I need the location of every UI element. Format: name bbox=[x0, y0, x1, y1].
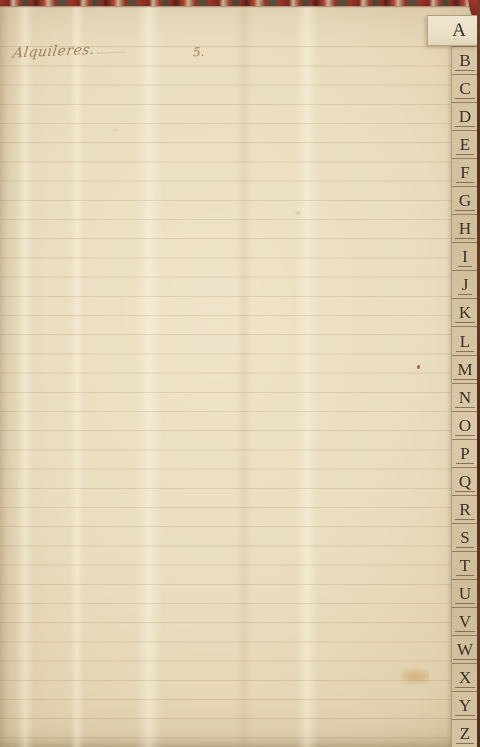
paper-spot bbox=[112, 128, 118, 133]
ink-flourish bbox=[97, 51, 125, 54]
index-tab-letter: M bbox=[453, 361, 476, 380]
page-number: 5. bbox=[193, 45, 205, 59]
index-tab-w[interactable]: W bbox=[452, 635, 478, 663]
index-tab-letter: S bbox=[456, 529, 473, 548]
index-tab-d[interactable]: D bbox=[452, 102, 478, 130]
index-tab-letter: B bbox=[455, 52, 474, 71]
index-tab-b[interactable]: B bbox=[452, 46, 478, 74]
index-tab-a[interactable]: A bbox=[427, 15, 478, 46]
index-tab-l[interactable]: L bbox=[452, 326, 478, 354]
index-tab-letter: V bbox=[455, 613, 475, 632]
index-tab-letter: A bbox=[448, 21, 470, 41]
index-tab-f[interactable]: F bbox=[452, 158, 478, 186]
index-tab-k[interactable]: K bbox=[452, 298, 478, 326]
index-tab-letter: O bbox=[455, 417, 475, 436]
index-tab-m[interactable]: M bbox=[452, 355, 478, 383]
index-tab-letter: F bbox=[456, 164, 473, 183]
index-tab-letter: I bbox=[458, 248, 472, 267]
paper-crease bbox=[16, 0, 34, 747]
index-tab-letter: Z bbox=[456, 725, 474, 744]
index-tab-letter: H bbox=[455, 220, 475, 239]
index-tab-g[interactable]: G bbox=[452, 186, 478, 214]
index-tab-letter: T bbox=[456, 557, 474, 576]
index-tab-v[interactable]: V bbox=[452, 607, 478, 635]
index-tab-h[interactable]: H bbox=[452, 214, 478, 242]
paper-spot bbox=[294, 210, 302, 216]
index-tab-letter: G bbox=[455, 192, 475, 211]
index-tab-letter: C bbox=[455, 80, 474, 99]
index-tab-o[interactable]: O bbox=[452, 411, 478, 439]
index-tab-y[interactable]: Y bbox=[452, 691, 478, 719]
handwritten-title: Alquileres. bbox=[12, 40, 127, 61]
alphabet-index-strip: B C D E F G H I J K L M N O P Q R S T U … bbox=[451, 46, 478, 747]
paper-crease bbox=[70, 0, 84, 747]
index-tab-u[interactable]: U bbox=[452, 579, 478, 607]
index-tab-letter: X bbox=[455, 669, 475, 688]
index-tab-c[interactable]: C bbox=[452, 74, 478, 102]
index-tab-letter: K bbox=[455, 304, 475, 323]
index-tab-z[interactable]: Z bbox=[452, 719, 478, 747]
index-tab-e[interactable]: E bbox=[452, 130, 478, 158]
red-ink-speck bbox=[417, 365, 420, 369]
index-tab-letter: N bbox=[455, 389, 475, 408]
index-tab-p[interactable]: P bbox=[452, 439, 478, 467]
paper-crease bbox=[236, 0, 252, 747]
index-tab-s[interactable]: S bbox=[452, 523, 478, 551]
ledger-index-page: Alquileres. 5. B C D E F G H I J K L M N… bbox=[0, 0, 480, 747]
index-tab-letter: P bbox=[456, 445, 473, 464]
ruled-lines bbox=[0, 28, 452, 747]
index-tab-letter: D bbox=[455, 108, 475, 127]
index-tab-q[interactable]: Q bbox=[452, 467, 478, 495]
index-tab-letter: Q bbox=[455, 473, 475, 492]
handwritten-title-text: Alquileres. bbox=[12, 42, 96, 62]
index-tab-r[interactable]: R bbox=[452, 495, 478, 523]
index-tab-letter: W bbox=[453, 641, 477, 660]
index-tab-letter: L bbox=[456, 333, 474, 352]
index-tab-letter: Y bbox=[455, 697, 475, 716]
paper-stain bbox=[401, 667, 429, 686]
paper-crease bbox=[296, 0, 318, 747]
index-tab-letter: J bbox=[458, 276, 473, 295]
index-tab-j[interactable]: J bbox=[452, 270, 478, 298]
index-tab-letter: E bbox=[456, 136, 474, 155]
index-tab-i[interactable]: I bbox=[452, 242, 478, 270]
index-tab-t[interactable]: T bbox=[452, 551, 478, 579]
paper-crease bbox=[136, 0, 162, 747]
cover-marbled-edge-top bbox=[0, 0, 480, 6]
index-tab-n[interactable]: N bbox=[452, 383, 478, 411]
index-tab-letter: R bbox=[455, 501, 474, 520]
index-tab-letter: U bbox=[455, 585, 475, 604]
index-tab-x[interactable]: X bbox=[452, 663, 478, 691]
